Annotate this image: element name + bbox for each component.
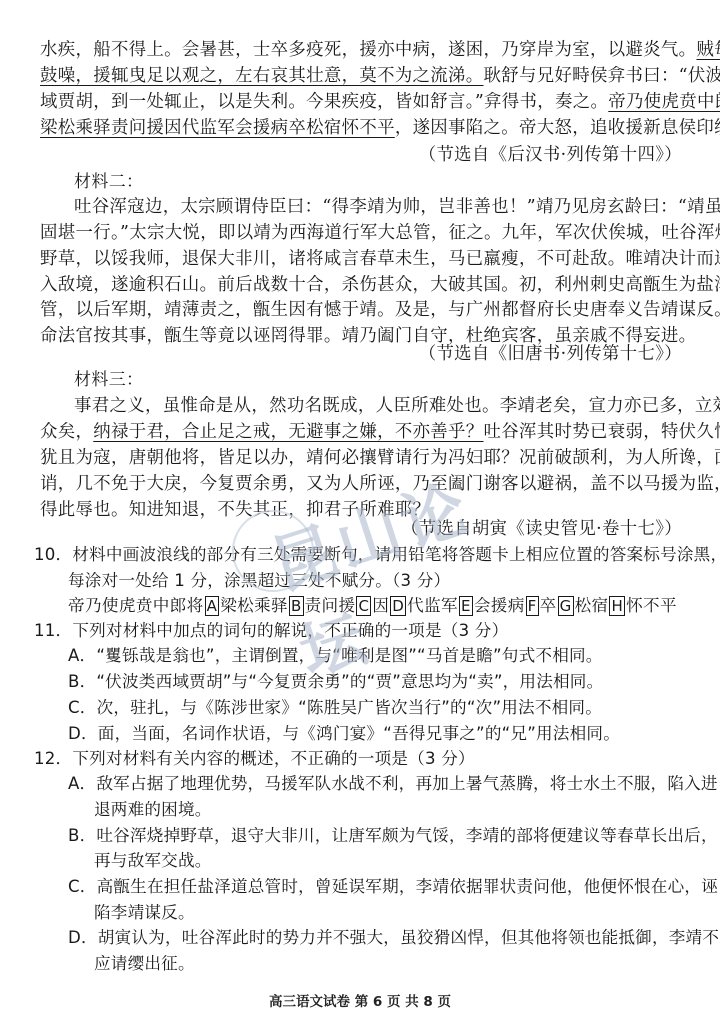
material2-label: 材料二： [74,171,714,193]
option-key: C． [68,877,97,896]
q12-option-b-cont: 再与敌军交战。 [94,850,720,872]
option-text: 吐谷浑烧掉野草，退守大非川，让唐军颇为气馁，李靖的部将便建议等春草长出后， [96,826,717,845]
page-footer: 高三语文试卷 第 6 页 共 8 页 [0,990,720,1010]
segment: 责问援 [305,596,356,615]
text: 众矣， [40,422,93,442]
source-citation: （节选自《后汉书·列传第十四》） [419,144,682,166]
source-citation: （节选自《旧唐书·列传第十七》） [419,343,682,365]
text: 耿舒与兄好畤侯弇书曰：“伏波类西 [484,66,720,86]
segment: 卒 [540,596,557,615]
text: ，遂因事陷之。帝大怒，追收援新息侯印绶。 [395,118,720,138]
option-text: 高甑生在担任盐泽道总管时，曾延误军期，李靖依据罪状责问他，他便怀恨在心，诬 [97,877,718,896]
segment: 怀不平 [626,596,677,615]
mark-box-b[interactable]: B [289,596,304,616]
option-text: 次，驻扎，与《陈涉世家》“陈胜吴广皆次当行”的“次”用法不相同。 [97,698,602,717]
exam-page: 水疾，船不得上。会暑甚，士卒多疫死，援亦中病，遂困，乃穿岸为室，以避炎气。贼每升… [0,0,720,1019]
segment: 会援病 [474,596,525,615]
mark-box-f[interactable]: F [526,596,539,616]
q12-option-a-cont: 退两难的困境。 [94,799,720,821]
q12-option-a[interactable]: A．敌军占据了地理优势，马援军队水战不利，再加上暑气蒸腾，将士水土不服，陷入进 [68,773,708,795]
q11-option-b[interactable]: B．“伏波类西域贾胡”与“今复贾余勇”的“贾”意思均为“卖”，用法相同。 [68,671,708,693]
option-key: A． [68,646,96,665]
mark-box-c[interactable]: C [356,596,371,616]
q12-option-d-cont: 应请缨出征。 [94,953,720,975]
text: 吐谷浑其时势已衰弱，特伏久悍猾， [484,422,720,442]
q12-option-b[interactable]: B．吐谷浑烧掉野草，退守大非川，让唐军颇为气馁，李靖的部将便建议等春草长出后， [68,825,708,847]
q11-option-a[interactable]: A．“矍铄哉是翁也”，主谓倒置，与“唯利是图”“马首是瞻”句式不相同。 [68,645,708,667]
material3-label: 材料三： [74,369,714,391]
mark-box-a[interactable]: A [205,596,220,616]
segment: 帝乃使虎贲中郎将 [68,596,204,615]
mark-box-d[interactable]: D [390,596,406,616]
option-key: A． [68,774,96,793]
option-key: B． [68,826,96,845]
material2-line: 入敌境，遂逾积石山。前后战数十合，杀伤甚众，大破其国。初，利州刺史高甑生为盐泽道… [40,274,680,296]
underlined-text: 帝乃使虎贲中郎将 [608,92,720,112]
option-key: B． [68,672,96,691]
question-12: 12．下列对材料有关内容的概述，不正确的一项是（3 分） [34,748,674,770]
option-text: 胡寅认为，吐谷浑此时的势力并不强大，虽狡猾凶悍，但其他将领也能抵御，李靖不 [98,928,719,947]
material2-line: 野草，以馁我师，退保大非川，诸将咸言春草未生，马已羸瘦，不可赴敌。唯靖决计而进，… [40,248,680,270]
mark-box-h[interactable]: H [609,596,625,616]
q11-option-c[interactable]: C．次，驻扎，与《陈涉世家》“陈胜吴广皆次当行”的“次”用法不相同。 [68,697,708,719]
q12-option-c-cont: 陷李靖谋反。 [94,902,720,924]
punctuation-options: 帝乃使虎贲中郎将A梁松乘驿B责问援C因D代监军E会援病F卒G松宿H怀不平 [68,595,708,617]
material3-line: 诮，几不免于大戾，今复贾余勇，又为人所诬，乃至阖门谢客以避祸，盖不以马援为监，是… [40,473,680,495]
material3-line: 犹且为寇，唐朝他将，皆足以办，靖何必攘臂请行为冯妇耶？况前破颉利，为人所谗，面被… [40,447,680,469]
material3-line: 众矣，纳禄于君，合止足之戒，无避事之嫌，不亦善乎？吐谷浑其时势已衰弱，特伏久悍猾… [40,421,680,443]
question-number: 10． [34,545,72,564]
question-11: 11．下列对材料中加点的词句的解说，不正确的一项是（3 分） [34,620,674,642]
passage1-line: 域贾胡，到一处辄止，以是失利。今果疾疫，皆如舒言。”弇得书，奏之。帝乃使虎贲中郎… [40,91,680,113]
question-number: 11． [34,621,72,640]
question-stem: 下列对材料中加点的词句的解说，不正确的一项是（3 分） [72,621,508,640]
underlined-text: 梁松乘驿责问援因代监军会援病卒松宿怀不平 [40,118,395,138]
underlined-text: 纳禄于君，合止足之戒，无避事之嫌，不亦善乎？ [93,422,483,442]
q11-option-d[interactable]: D．面，当面，名词作状语，与《鸿门宴》“吾得兄事之”的“兄”用法相同。 [68,723,708,745]
question-stem: 下列对材料有关内容的概述，不正确的一项是（3 分） [72,749,475,768]
q12-option-d[interactable]: D．胡寅认为，吐谷浑此时的势力并不强大，虽狡猾凶悍，但其他将领也能抵御，李靖不 [68,927,708,949]
option-text: 面，当面，名词作状语，与《鸿门宴》“吾得兄事之”的“兄”用法相同。 [98,724,620,743]
option-key: C． [68,698,97,717]
option-text: “伏波类西域贾胡”与“今复贾余勇”的“贾”意思均为“卖”，用法相同。 [96,672,603,691]
q12-option-c[interactable]: C．高甑生在担任盐泽道总管时，曾延误军期，李靖依据罪状责问他，他便怀恨在心，诬 [68,876,708,898]
question-number: 12． [34,749,72,768]
segment: 松宿 [575,596,609,615]
material3-line: 事君之义，虽惟命是从，然功名既成，人臣所难处也。李靖老矣，宣力亦已多，立效亦已 [74,395,714,417]
material2-line: 固堪一行。”太宗大悦，即以靖为西海道行军大总管，征之。九年，军次伏俟城，吐谷浑烧… [40,222,680,244]
passage1-line: 鼓噪，援辄曳足以观之，左右哀其壮意，莫不为之流涕。耿舒与兄好畤侯弇书曰：“伏波类… [40,65,680,87]
option-text: “矍铄哉是翁也”，主谓倒置，与“唯利是图”“马首是瞻”句式不相同。 [96,646,602,665]
text: 水疾，船不得上。会暑甚，士卒多疫死，援亦中病，遂困，乃穿岸为室，以避炎气。 [40,40,696,60]
passage1-line: 水疾，船不得上。会暑甚，士卒多疫死，援亦中病，遂困，乃穿岸为室，以避炎气。贼每升… [40,39,680,61]
mark-box-g[interactable]: G [558,596,574,616]
option-text: 敌军占据了地理优势，马援军队水战不利，再加上暑气蒸腾，将士水土不服，陷入进 [96,774,717,793]
segment: 代监军 [407,596,458,615]
mark-box-e[interactable]: E [459,596,473,616]
question-10-cont: 每涂对一处给 1 分，涂黑超过三处不赋分。（3 分） [68,570,708,592]
material2-line: 管，以后军期，靖薄责之，甑生因有憾于靖。及是，与广州都督府长史唐奉义告靖谋反。太… [40,299,680,321]
source-citation: （节选自胡寅《读史管见·卷十七》） [401,518,682,540]
segment: 因 [372,596,389,615]
underlined-text: 鼓噪，援辄曳足以观之，左右哀其壮意，莫不为之流涕。 [40,66,484,86]
text: 域贾胡，到一处辄止，以是失利。今果疾疫，皆如舒言。”弇得书，奏之。 [40,92,608,112]
question-10: 10．材料中画波浪线的部分有三处需要断句，请用铅笔将答题卡上相应位置的答案标号涂… [34,544,674,566]
passage1-line: 梁松乘驿责问援因代监军会援病卒松宿怀不平，遂因事陷之。帝大怒，追收援新息侯印绶。 [40,117,680,139]
segment: 梁松乘驿 [220,596,288,615]
question-stem: 材料中画波浪线的部分有三处需要断句，请用铅笔将答题卡上相应位置的答案标号涂黑， [72,545,720,564]
material2-line: 吐谷浑寇边，太宗顾谓侍臣曰：“得李靖为帅，岂非善也！”靖乃见房玄龄曰：“靖虽年老… [74,196,714,218]
option-key: D． [68,928,98,947]
option-key: D． [68,724,98,743]
underlined-text: 贼每升险 [696,40,720,60]
